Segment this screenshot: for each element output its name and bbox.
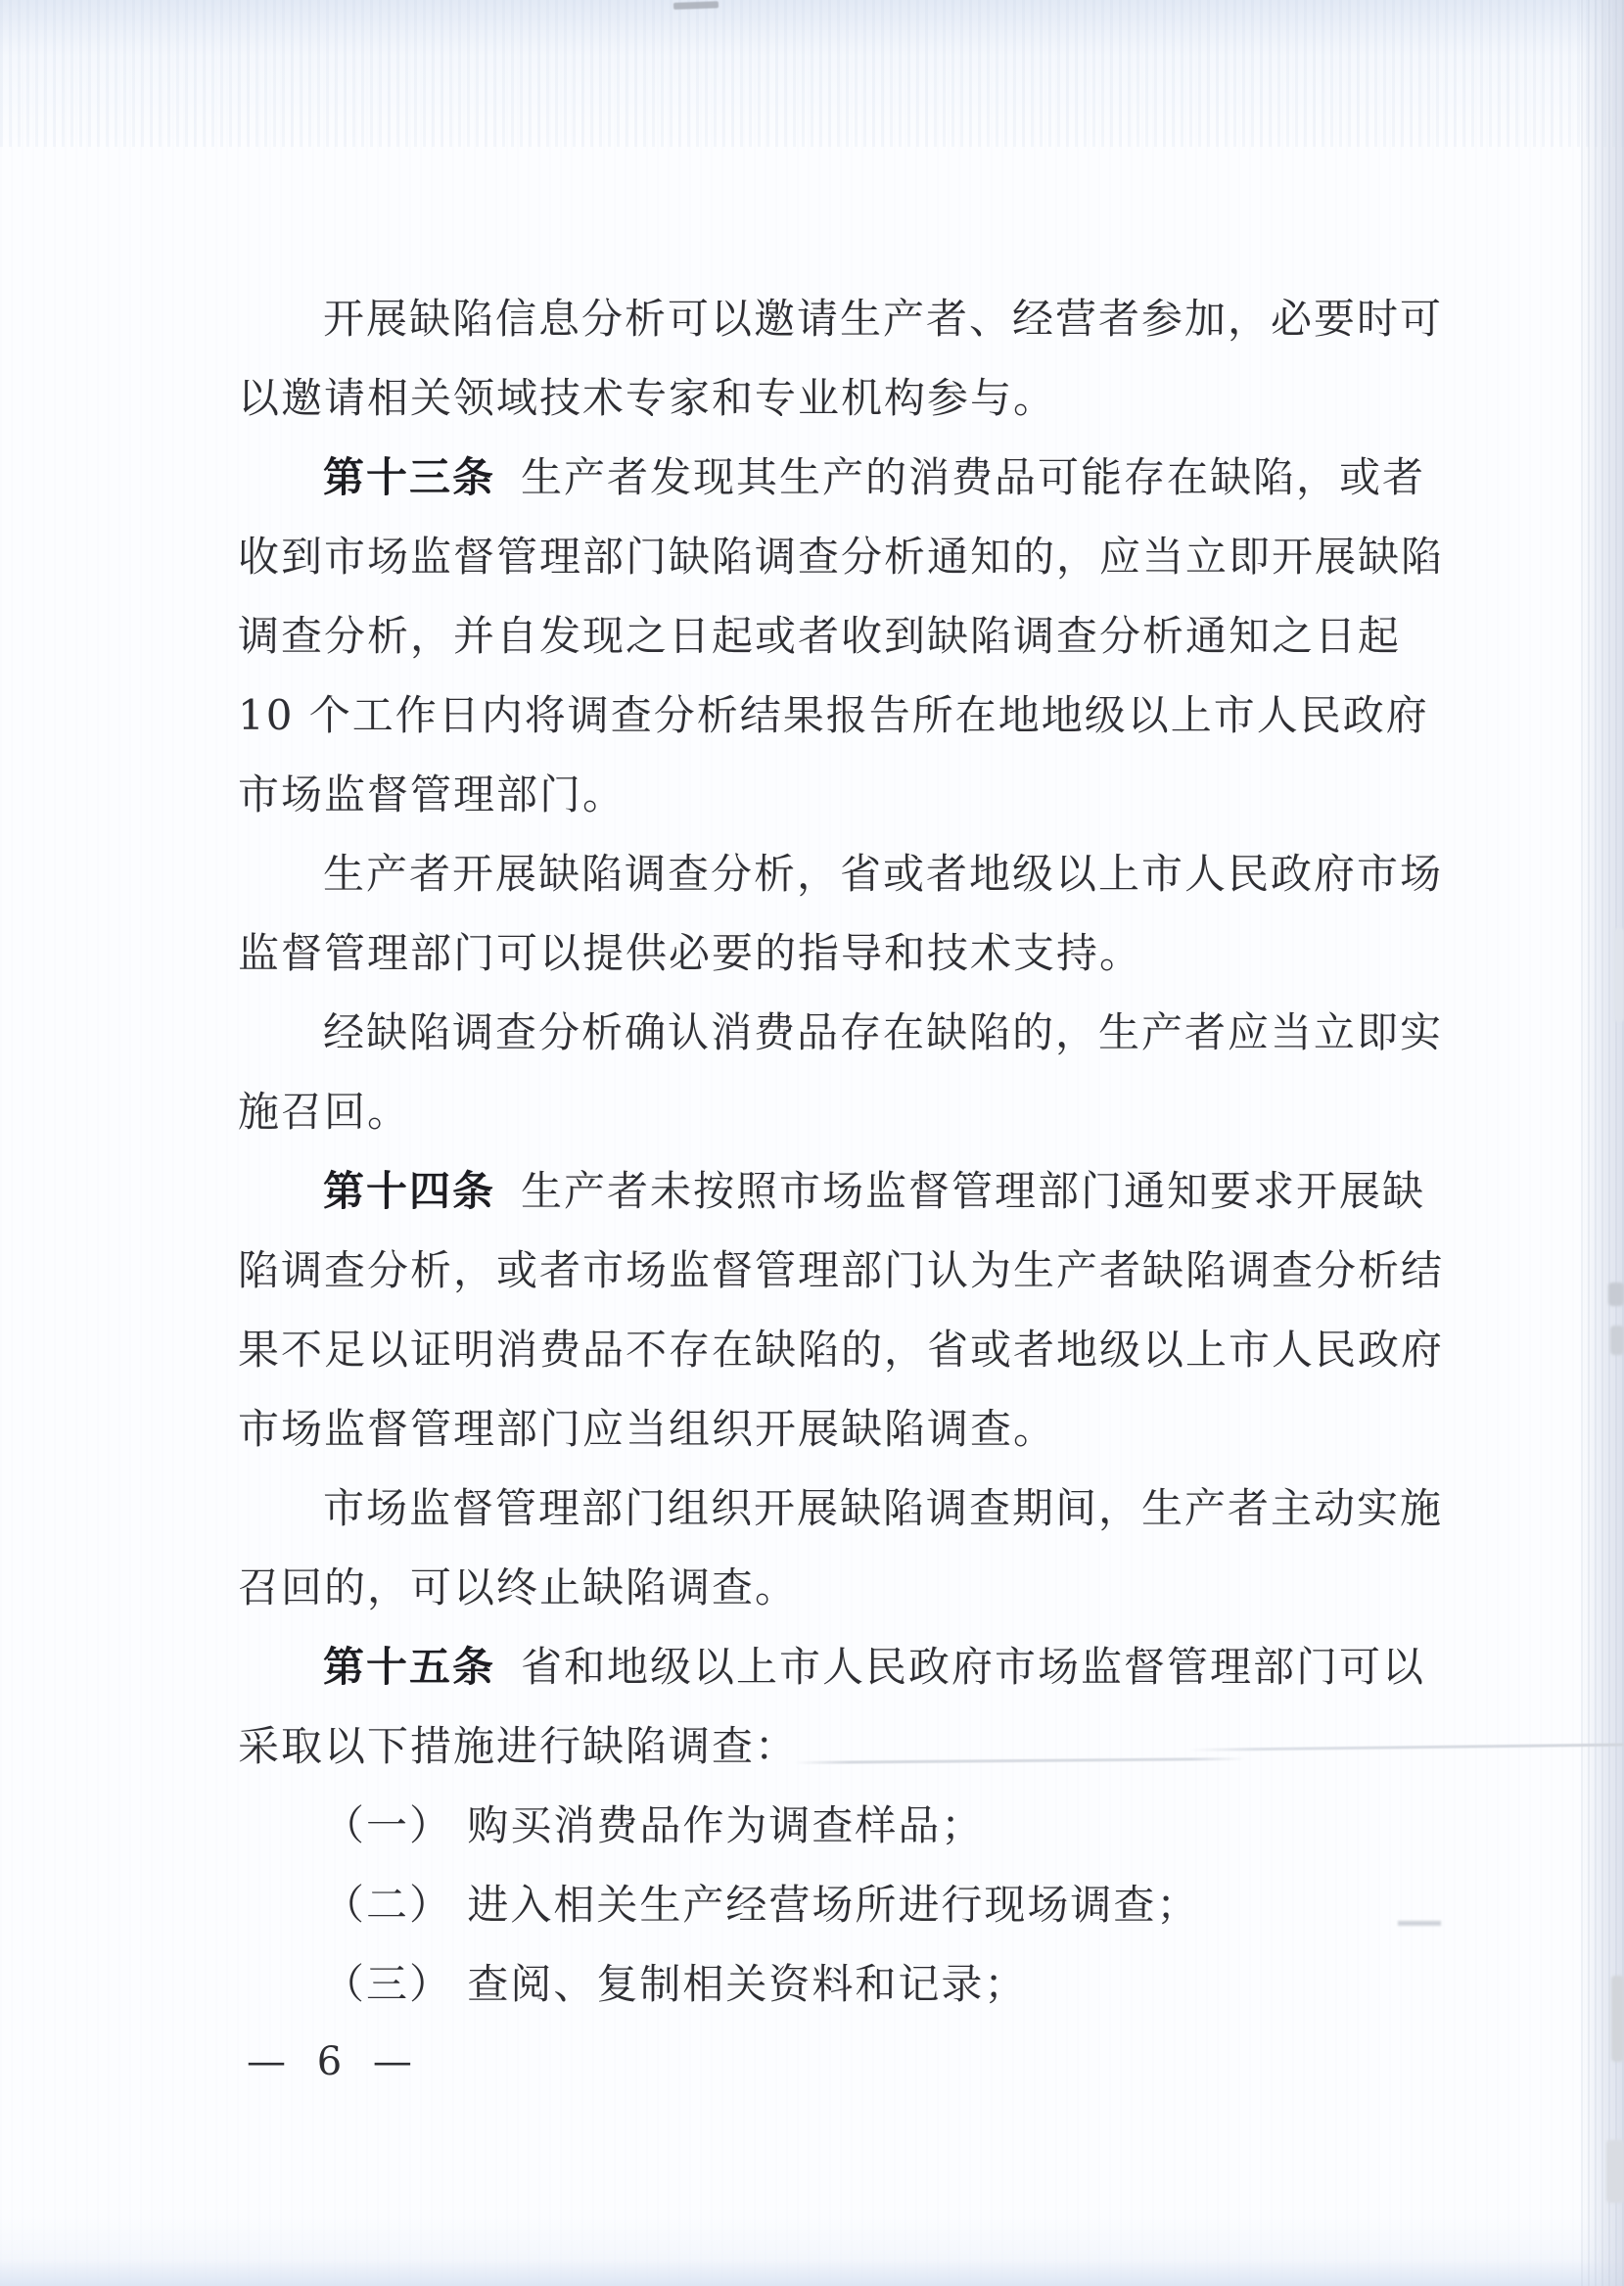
- text-line: （一） 购买消费品作为调查样品；: [238, 1786, 1442, 1865]
- line-text: 监督管理部门可以提供必要的指导和技术支持。: [238, 929, 1142, 977]
- line-text: 经缺陷调查分析确认消费品存在缺陷的，生产者应当立即实: [323, 1008, 1443, 1056]
- scan-artifact-smudge: [1611, 1976, 1624, 2062]
- text-line: （二） 进入相关生产经营场所进行现场调查；: [238, 1865, 1442, 1944]
- text-line: 施召回。: [238, 1072, 1442, 1151]
- text-line: 生产者开展缺陷调查分析，省或者地级以上市人民政府市场: [238, 834, 1442, 913]
- line-text: 召回的，可以终止缺陷调查。: [238, 1563, 798, 1611]
- text-line: 收到市场监督管理部门缺陷调查分析通知的，应当立即开展缺陷: [238, 517, 1442, 596]
- line-text: 收到市场监督管理部门缺陷调查分析通知的，应当立即开展缺陷: [238, 533, 1444, 581]
- scan-right-edge-shading: [1581, 0, 1624, 2286]
- text-line: 采取以下措施进行缺陷调查：: [238, 1706, 1442, 1786]
- text-line: 果不足以证明消费品不存在缺陷的，省或者地级以上市人民政府: [238, 1310, 1442, 1389]
- line-text: 以邀请相关领域技术专家和专业机构参与。: [238, 374, 1056, 422]
- scan-artifact-smudge: [1608, 1283, 1624, 1306]
- line-text: 省和地级以上市人民政府市场监督管理部门可以: [521, 1643, 1425, 1691]
- text-line: 监督管理部门可以提供必要的指导和技术支持。: [238, 913, 1442, 993]
- text-line: 陷调查分析，或者市场监督管理部门认为生产者缺陷调查分析结: [238, 1231, 1442, 1310]
- line-text: （三） 查阅、复制相关资料和记录；: [323, 1960, 1027, 2008]
- scan-artifact-smudge: [1610, 1326, 1624, 1355]
- text-line: 以邀请相关领域技术专家和专业机构参与。: [238, 358, 1442, 438]
- line-text: 陷调查分析，或者市场监督管理部门认为生产者缺陷调查分析结: [238, 1246, 1444, 1294]
- line-text: 施召回。: [238, 1088, 410, 1136]
- article-number: 第十三条: [323, 453, 495, 501]
- line-text: 采取以下措施进行缺陷调查：: [238, 1722, 798, 1770]
- line-text: 调查分析，并自发现之日起或者收到缺陷调查分析通知之日起: [238, 612, 1401, 660]
- text-line: 第十五条省和地级以上市人民政府市场监督管理部门可以: [238, 1627, 1442, 1706]
- text-line: 调查分析，并自发现之日起或者收到缺陷调查分析通知之日起: [238, 596, 1442, 676]
- line-text: 生产者未按照市场监督管理部门通知要求开展缺: [521, 1167, 1425, 1215]
- page-number: — 6 —: [247, 2038, 417, 2085]
- text-line: （三） 查阅、复制相关资料和记录；: [238, 1944, 1442, 2024]
- document-text-block: 开展缺陷信息分析可以邀请生产者、经营者参加，必要时可以邀请相关领域技术专家和专业…: [238, 279, 1442, 2024]
- text-line: 第十四条生产者未按照市场监督管理部门通知要求开展缺: [238, 1151, 1442, 1231]
- text-line: 召回的，可以终止缺陷调查。: [238, 1548, 1442, 1627]
- text-line: 第十三条生产者发现其生产的消费品可能存在缺陷，或者: [238, 438, 1442, 517]
- line-text: （二） 进入相关生产经营场所进行现场调查；: [323, 1881, 1199, 1929]
- line-text: 生产者发现其生产的消费品可能存在缺陷，或者: [521, 453, 1425, 501]
- text-line: 开展缺陷信息分析可以邀请生产者、经营者参加，必要时可: [238, 279, 1442, 358]
- line-text: 市场监督管理部门。: [238, 770, 626, 818]
- line-text: 开展缺陷信息分析可以邀请生产者、经营者参加，必要时可: [323, 295, 1443, 343]
- text-line: 经缺陷调查分析确认消费品存在缺陷的，生产者应当立即实: [238, 993, 1442, 1072]
- article-number: 第十五条: [323, 1643, 495, 1691]
- scan-bottom-shading: [0, 2217, 1624, 2286]
- text-line: 市场监督管理部门。: [238, 755, 1442, 834]
- scan-top-shading: [0, 0, 1624, 147]
- scanned-document-page: 开展缺陷信息分析可以邀请生产者、经营者参加，必要时可以邀请相关领域技术专家和专业…: [0, 0, 1624, 2286]
- line-text: 生产者开展缺陷调查分析，省或者地级以上市人民政府市场: [323, 850, 1443, 898]
- scan-artifact-smudge: [1614, 928, 1624, 1022]
- line-text: 市场监督管理部门应当组织开展缺陷调查。: [238, 1405, 1056, 1453]
- text-line: 10 个工作日内将调查分析结果报告所在地地级以上市人民政府: [238, 676, 1442, 755]
- article-number: 第十四条: [323, 1167, 495, 1215]
- line-text: 市场监督管理部门组织开展缺陷调查期间，生产者主动实施: [323, 1484, 1443, 1532]
- line-text: （一） 购买消费品作为调查样品；: [323, 1801, 984, 1849]
- text-line: 市场监督管理部门组织开展缺陷调查期间，生产者主动实施: [238, 1469, 1442, 1548]
- text-line: 市场监督管理部门应当组织开展缺陷调查。: [238, 1389, 1442, 1469]
- scan-artifact-mark: [673, 1, 719, 10]
- scan-artifact-smudge: [1606, 2140, 1624, 2203]
- line-text: 果不足以证明消费品不存在缺陷的，省或者地级以上市人民政府: [238, 1326, 1444, 1374]
- line-text: 10 个工作日内将调查分析结果报告所在地地级以上市人民政府: [238, 691, 1429, 739]
